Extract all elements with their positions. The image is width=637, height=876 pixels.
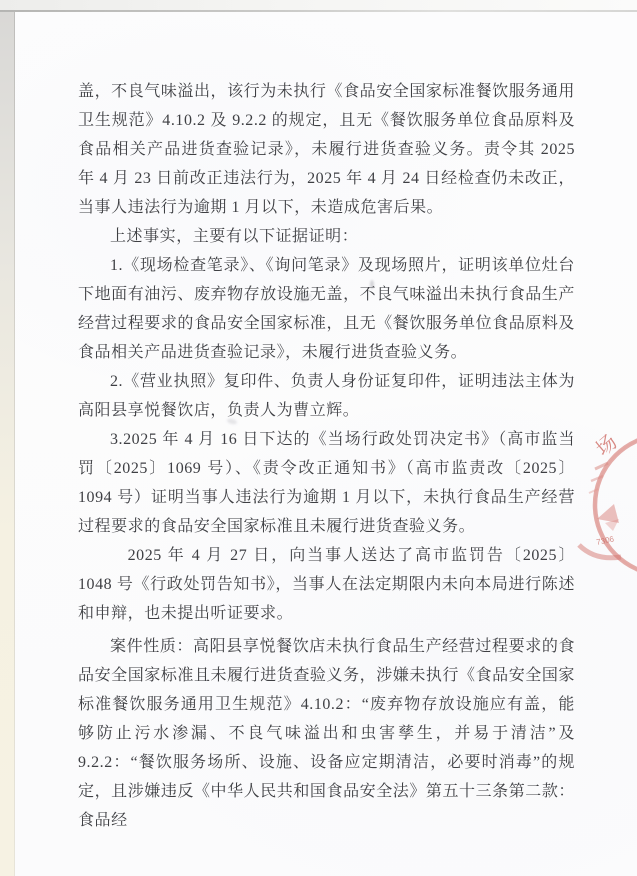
scanner-background-left <box>0 12 15 876</box>
paragraph-continuation: 盖，不良气味溢出，该行为未执行《食品安全国家标准餐饮服务通用卫生规范》4.10.… <box>78 77 575 222</box>
body-text: 盖，不良气味溢出，该行为未执行《食品安全国家标准餐饮服务通用卫生规范》4.10.… <box>15 12 637 835</box>
paragraph-notice-service: 2025 年 4 月 27 日，向当事人送达了高市监罚告〔2025〕1048 号… <box>78 541 575 628</box>
paragraph-evidence-1: 1.《现场检查笔录》、《询问笔录》及现场照片，证明该单位灶台下地面有油污、废弃物… <box>78 251 575 367</box>
paragraph-evidence-intro: 上述事实，主要有以下证据证明： <box>78 222 575 251</box>
paragraph-case-nature: 案件性质：高阳县享悦餐饮店未执行食品生产经营过程要求的食品安全国家标准且未履行进… <box>78 632 575 835</box>
document-page: 盖，不良气味溢出，该行为未执行《食品安全国家标准餐饮服务通用卫生规范》4.10.… <box>15 12 637 876</box>
scan-smudge <box>370 280 374 289</box>
paragraph-evidence-3: 3.2025 年 4 月 16 日下达的《当场行政处罚决定书》（高市监当罚〔20… <box>78 425 575 541</box>
paragraph-evidence-2: 2.《营业执照》复印件、负责人身份证复印件，证明违法主体为高阳县享悦餐饮店，负责… <box>78 367 575 425</box>
